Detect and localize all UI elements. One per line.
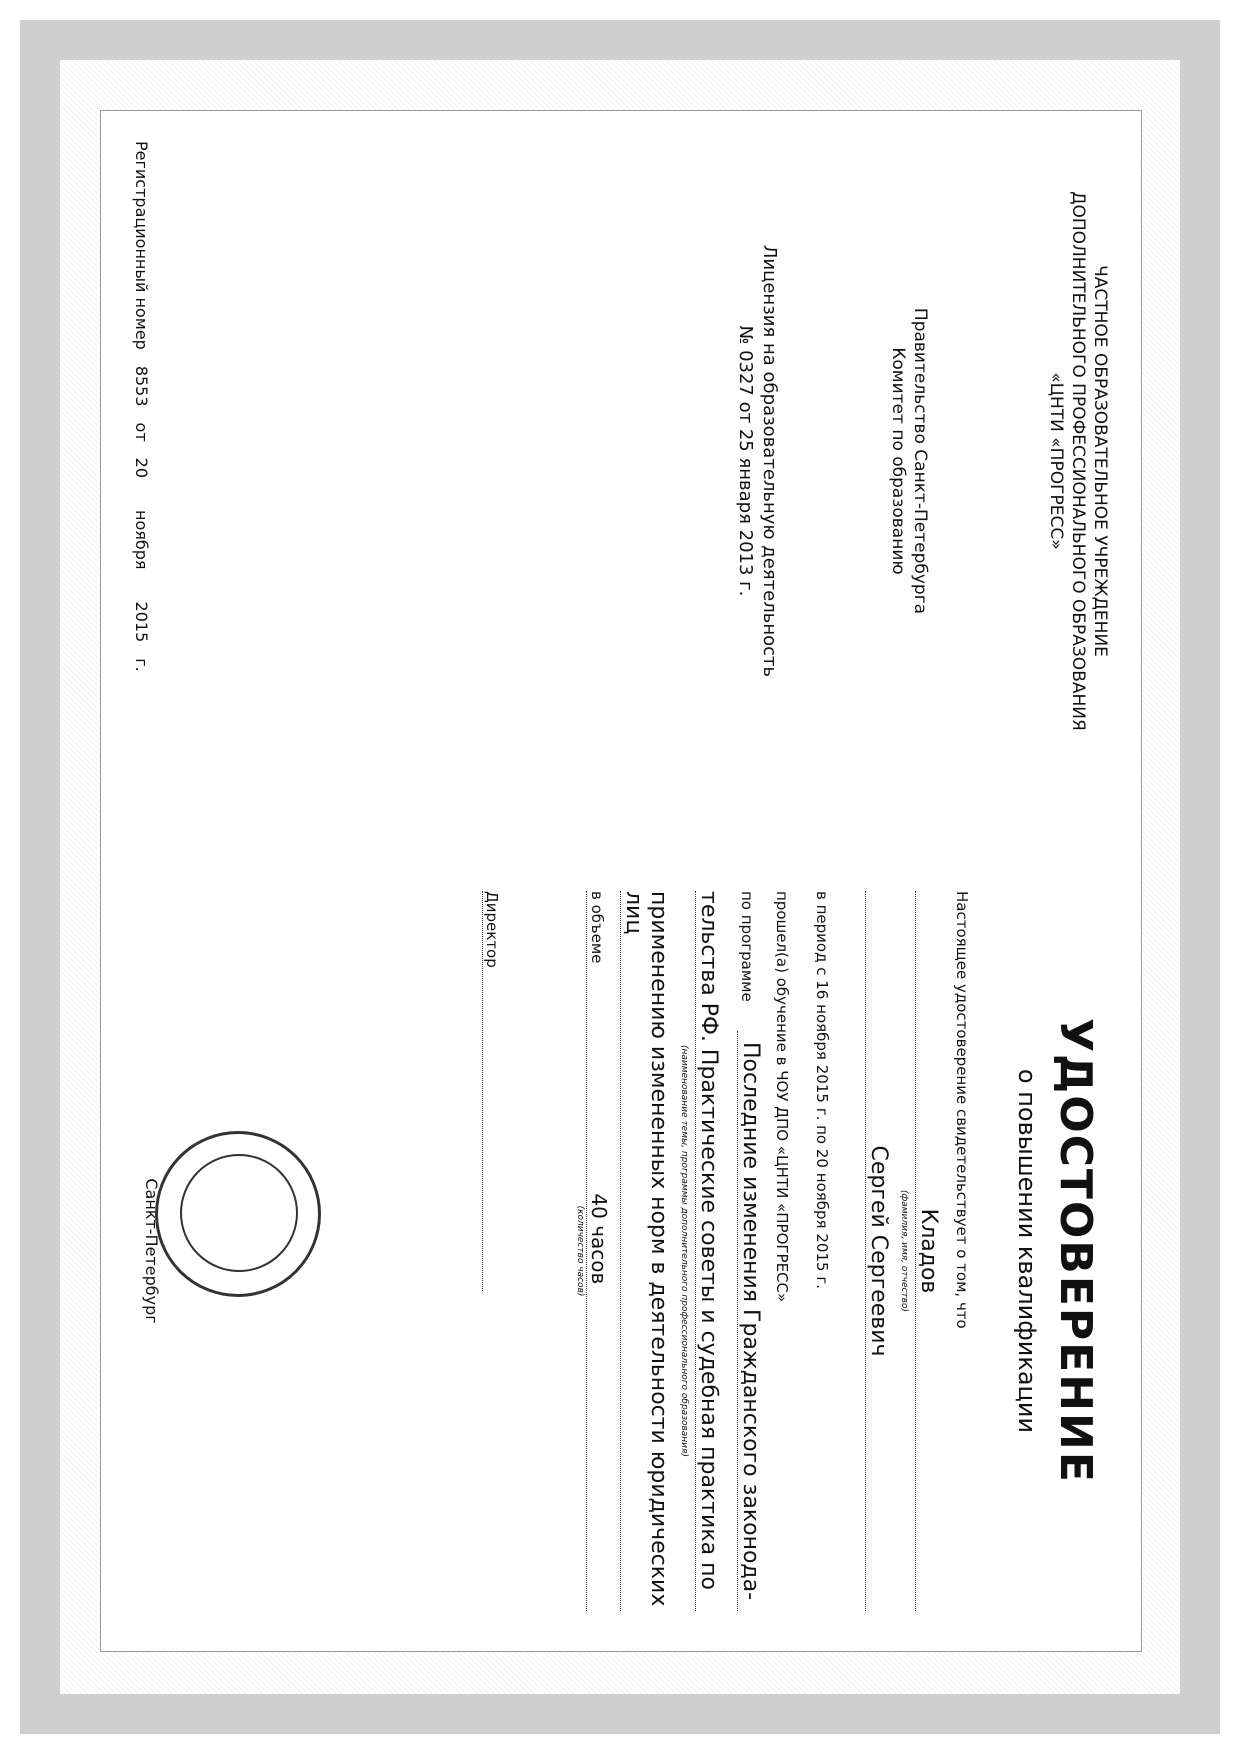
training-text: прошел(а) обучение в ЧОУ ДПО «ЦНТИ «ПРОГ… [773, 891, 791, 1611]
intro-text: Настоящее удостоверение свидетельствует … [953, 891, 971, 1611]
seal-stamp [155, 1131, 321, 1297]
organization-name: ЧАСТНОЕ ОБРАЗОВАТЕЛЬНОЕ УЧРЕЖДЕНИЕ ДОПОЛ… [1045, 111, 1111, 811]
volume-hint: (количество часов) [575, 891, 585, 1611]
right-panel: УДОСТОВЕРЕНИЕ о повышении квалификации Н… [101, 871, 1141, 1631]
volume: в объеме40 часов [586, 891, 611, 1611]
director-signature: Директор [482, 891, 501, 1291]
license: Лицензия на образовательную деятельность… [733, 111, 781, 811]
government: Правительство Санкт-Петербурга Комитет п… [887, 111, 931, 811]
full-name: Сергей Сергеевич [865, 891, 891, 1611]
surname: Кладов [915, 891, 941, 1611]
name-hint: (фамилия, имя, отчество) [899, 891, 909, 1611]
program-line-2: тельства РФ. Практические советы и судеб… [695, 891, 721, 1611]
certificate: ЧАСТНОЕ ОБРАЗОВАТЕЛЬНОЕ УЧРЕЖДЕНИЕ ДОПОЛ… [100, 110, 1142, 1652]
registration-number: Регистрационный номер8553от20ноября2015г… [132, 141, 151, 672]
period: в период с 16 ноября 2015 г. по 20 ноябр… [813, 891, 831, 1611]
program-hint: (наименование темы, программы дополнител… [679, 891, 689, 1611]
document-title: УДОСТОВЕРЕНИЕ [1050, 871, 1101, 1631]
city: Санкт-Петербург [142, 871, 161, 1631]
document-subtitle: о повышении квалификации [1013, 871, 1041, 1631]
left-panel: ЧАСТНОЕ ОБРАЗОВАТЕЛЬНОЕ УЧРЕЖДЕНИЕ ДОПОЛ… [101, 111, 1141, 811]
program-line-3: применению измененных норм в деятельност… [620, 891, 671, 1611]
program-line-1: Последние изменения Гражданского законод… [737, 1031, 763, 1611]
